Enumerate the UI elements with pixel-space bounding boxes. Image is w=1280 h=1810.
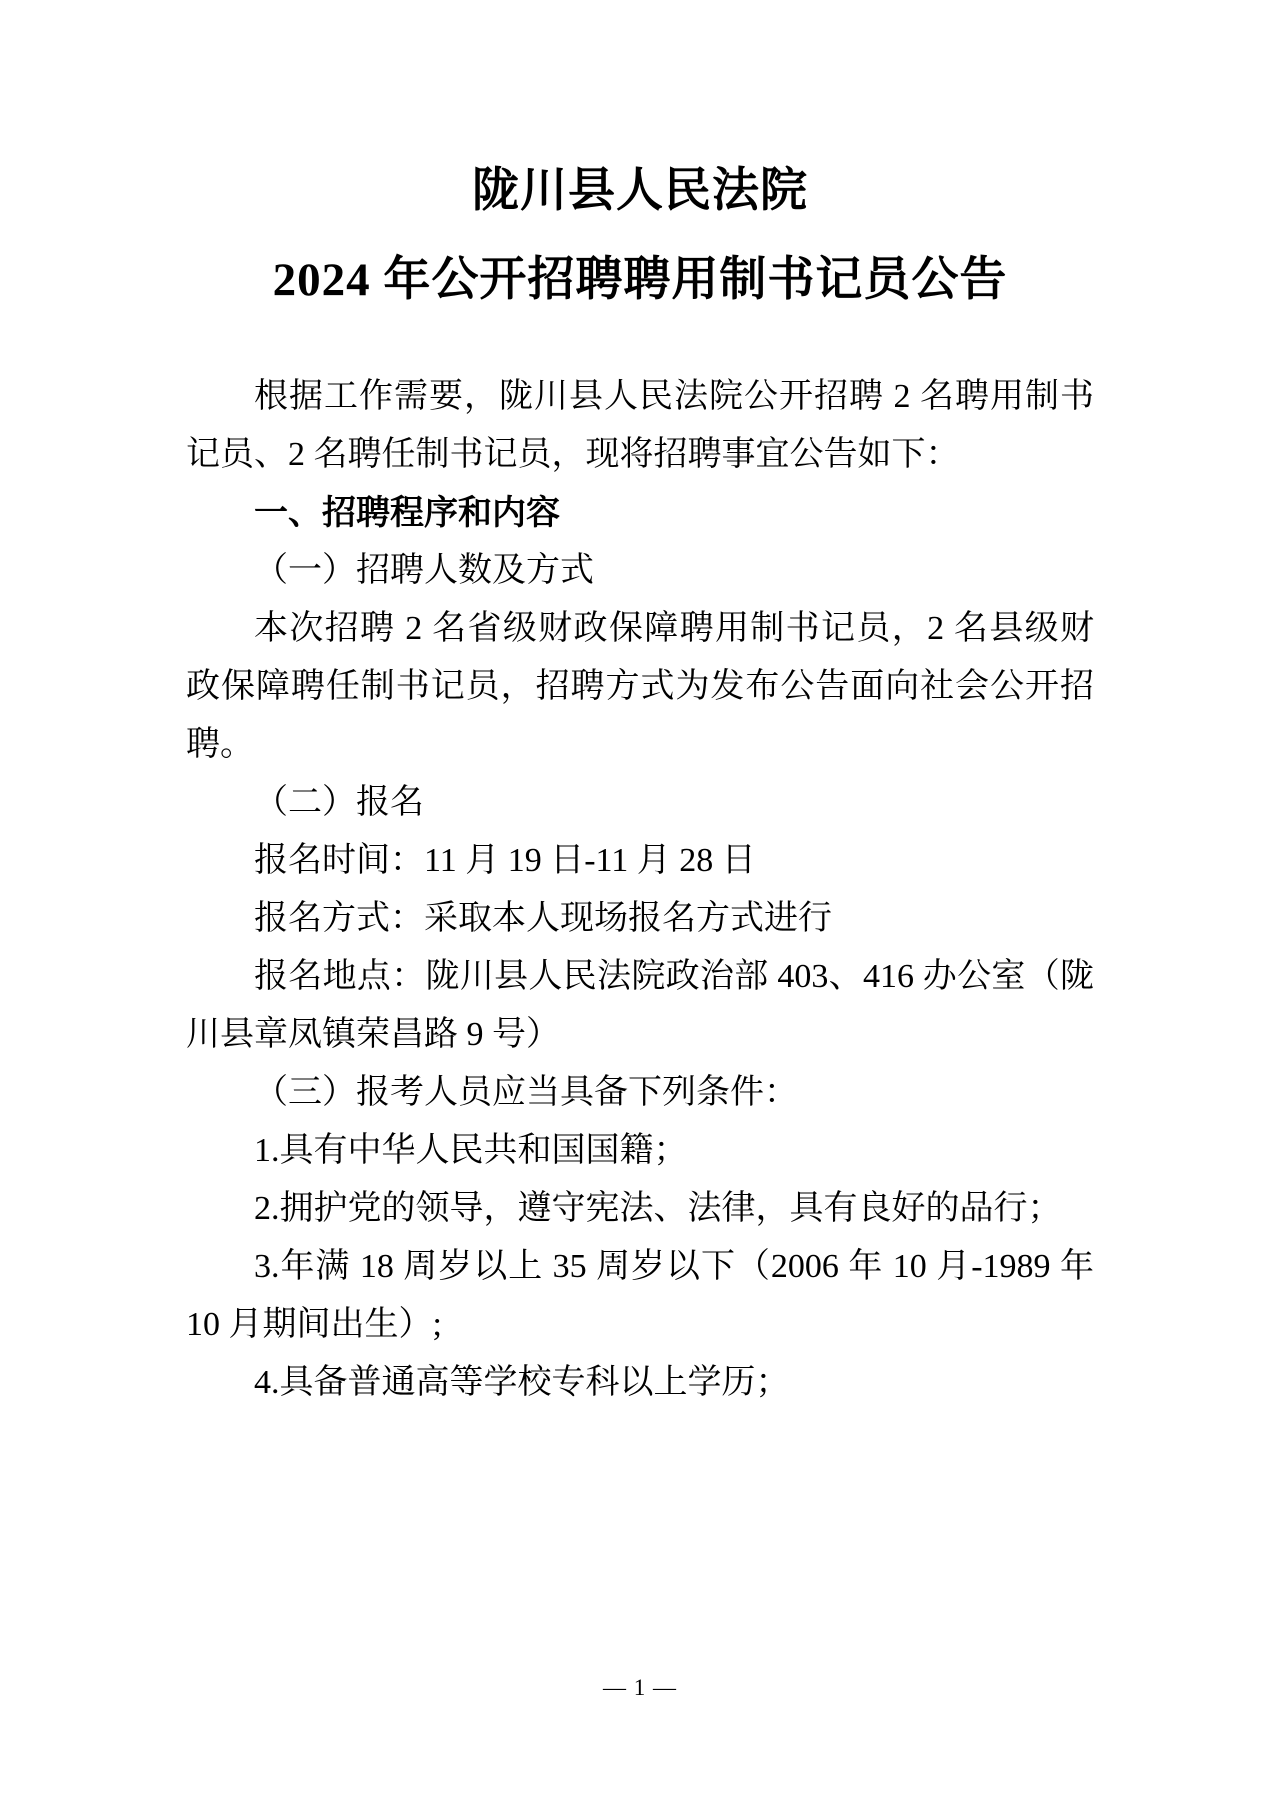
condition-item-4: 4.具备普通高等学校专科以上学历； [186, 1354, 1094, 1412]
document-title-line-1: 陇川县人民法院 [0, 158, 1280, 224]
subsection-heading-1-3: （三）报考人员应当具备下列条件： [186, 1064, 1094, 1122]
page-number: — 1 — [0, 1672, 1280, 1704]
subsection-heading-1-1: （一）招聘人数及方式 [186, 542, 1094, 600]
paragraph-signup-method: 报名方式：采取本人现场报名方式进行 [186, 890, 1094, 948]
paragraph-signup-time: 报名时间：11 月 19 日-11 月 28 日 [186, 832, 1094, 890]
document-body: 根据工作需要，陇川县人民法院公开招聘 2 名聘用制书记员、2 名聘任制书记员，现… [186, 368, 1094, 1412]
subsection-heading-1-2: （二）报名 [186, 774, 1094, 832]
condition-item-2: 2.拥护党的领导，遵守宪法、法律，具有良好的品行； [186, 1180, 1094, 1238]
paragraph-signup-location: 报名地点：陇川县人民法院政治部 403、416 办公室（陇川县章凤镇荣昌路 9 … [186, 948, 1094, 1064]
paragraph-recruit-count: 本次招聘 2 名省级财政保障聘用制书记员，2 名县级财政保障聘任制书记员，招聘方… [186, 600, 1094, 774]
condition-item-1: 1.具有中华人民共和国国籍； [186, 1122, 1094, 1180]
condition-item-3: 3.年满 18 周岁以上 35 周岁以下（2006 年 10 月-1989 年 … [186, 1238, 1094, 1354]
document-page: 陇川县人民法院 2024 年公开招聘聘用制书记员公告 根据工作需要，陇川县人民法… [0, 0, 1280, 1810]
section-heading-1: 一、招聘程序和内容 [186, 484, 1094, 542]
document-title-line-2: 2024 年公开招聘聘用制书记员公告 [0, 247, 1280, 313]
paragraph-intro: 根据工作需要，陇川县人民法院公开招聘 2 名聘用制书记员、2 名聘任制书记员，现… [186, 368, 1094, 484]
